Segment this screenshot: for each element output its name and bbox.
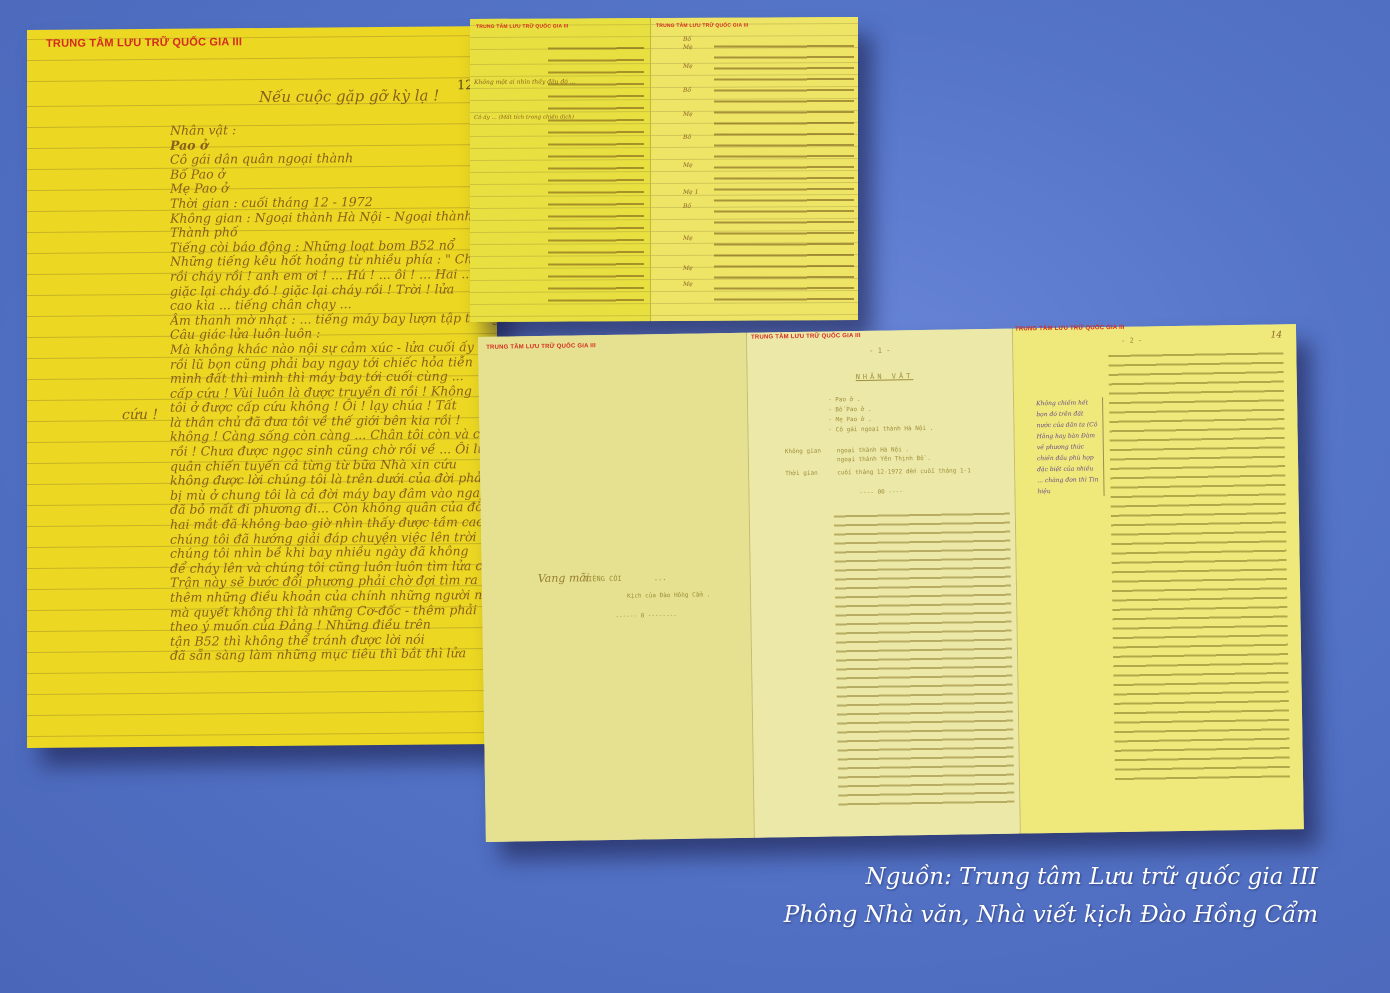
character-item: - Cô gái ngoại thành Hà Nội . [828,424,933,436]
archive-stamp: TRUNG TÂM LƯU TRỮ QUỐC GIA III [46,36,242,50]
typescript-page-2: TRUNG TÂM LƯU TRỮ QUỐC GIA III - 2 - 14 … [1013,324,1304,833]
archive-stamp: TRUNG TÂM LƯU TRỮ QUỐC GIA III [486,343,596,351]
manuscript-spread-top-right: TRUNG TÂM LƯU TRỮ QUỐC GIA III Không một… [470,17,858,322]
spread-left-page: TRUNG TÂM LƯU TRỮ QUỐC GIA III Không một… [470,18,650,322]
author-line: Kịch của Đào Hồng Cẩm . [627,591,710,599]
archive-stamp: TRUNG TÂM LƯU TRỮ QUỐC GIA III [751,333,861,341]
speaker-label: Mẹ [683,100,709,130]
speaker-label: Mẹ [683,264,709,274]
speaker-label: Mẹ [683,44,709,52]
dense-handwriting [714,39,854,302]
divider-line: ------ 0 -------- [615,612,677,620]
space-label: Không gian [785,448,821,456]
source-caption: Nguồn: Trung tâm Lưu trữ quốc gia III Ph… [784,858,1318,934]
archive-stamp: TRUNG TÂM LƯU TRỮ QUỐC GIA III [656,23,748,29]
speaker-label: Bố [683,82,709,100]
divider-line: ---- 00 ---- [859,488,902,496]
time-label: Thời gian [785,470,818,478]
page-number: - 2 - [1121,337,1142,345]
manuscript-line: đã sẵn sàng làm những mục tiêu thì bắt t… [170,646,500,663]
caption-line-collection: Phông Nhà văn, Nhà viết kịch Đào Hồng Cẩ… [784,896,1318,934]
space-value: ngoại thành Hà Nội . [837,446,909,454]
time-value: cuối tháng 12-1972 đến cuối tháng 1-1 [837,467,971,476]
manuscript-body: Nhân vật : Pao ở Cô gái dân quân ngoại t… [170,121,500,664]
handwritten-title: Vang mãi [538,571,590,585]
speaker-label: Mẹ [683,274,709,296]
manuscript-page-left: TRUNG TÂM LƯU TRỮ QUỐC GIA III 12 Nếu cu… [27,26,497,748]
margin-note: Không chiếm hết bọn đó trên đất nước của… [1036,397,1105,497]
spread-right-page: TRUNG TÂM LƯU TRỮ QUỐC GIA III Bố Mẹ Mẹ … [651,17,858,321]
typescript-title-page: TRUNG TÂM LƯU TRỮ QUỐC GIA III Vang mãi … [478,333,754,842]
archive-stamp: TRUNG TÂM LƯU TRỮ QUỐC GIA III [476,24,568,30]
manuscript-title: Nếu cuộc gặp gỡ kỳ lạ ! [259,86,439,106]
section-heading: NHÂN VẬT [856,372,914,381]
speaker-label: Mẹ [683,146,709,186]
speaker-label: Mẹ [683,214,709,264]
title-ellipsis: ... [654,574,667,582]
speaker-label: Mẹ [683,52,709,82]
typed-body [834,509,1015,812]
character-list: - Pao ở . - Bố Pao ở . - Mẹ Pao ở . - Cô… [828,394,933,436]
space-value: ngoại thành Yên Thịnh Bồ . [837,455,931,463]
speaker-label: Mẹ 1 [683,186,709,200]
typescript-page-1: TRUNG TÂM LƯU TRỮ QUỐC GIA III - 1 - NHÂ… [747,329,1020,838]
corner-mark: 14 [1271,330,1283,340]
typed-body [1108,348,1290,781]
margin-note: cứu ! [122,407,158,423]
speaker-label: Bố [683,130,709,146]
page-number: - 1 - [869,347,890,355]
caption-line-source: Nguồn: Trung tâm Lưu trữ quốc gia III [784,858,1318,896]
speaker-column: Bố Mẹ Mẹ Bố Mẹ Bố Mẹ Mẹ 1 Bố Mẹ Mẹ Mẹ [683,36,709,296]
speaker-label: Bố [683,36,709,44]
speaker-label: Bố [683,200,709,214]
typed-title: TIẾNG CÒI [584,575,622,584]
typescript-spread-bottom: TRUNG TÂM LƯU TRỮ QUỐC GIA III Vang mãi … [478,324,1304,842]
dense-handwriting [548,40,644,311]
archive-stamp: TRUNG TÂM LƯU TRỮ QUỐC GIA III [1015,325,1125,333]
